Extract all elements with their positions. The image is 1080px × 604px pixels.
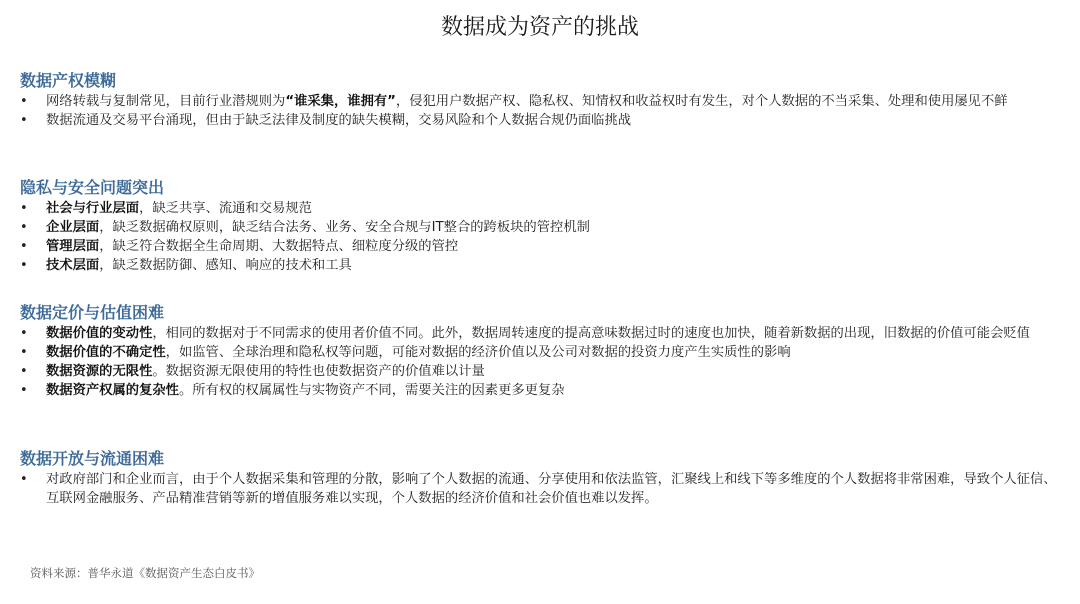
list-item: • 数据资源的无限性。数据资源无限使用的特性也使数据资产的价值难以计量 <box>20 362 1062 381</box>
bullet-list: • 网络转载与复制常见，目前行业潜规则为“谁采集，谁拥有”，侵犯用户数据产权、隐… <box>20 92 1062 130</box>
section-heading: 数据开放与流通困难 <box>20 449 1062 469</box>
section-data-ownership: 数据产权模糊 • 网络转载与复制常见，目前行业潜规则为“谁采集，谁拥有”，侵犯用… <box>20 71 1062 130</box>
bullet-icon: • <box>20 111 28 130</box>
bullet-icon: • <box>20 218 28 237</box>
page-title: 数据成为资产的挑战 <box>0 10 1080 41</box>
bullet-list: • 社会与行业层面，缺乏共享、流通和交易规范 • 企业层面，缺乏数据确权原则，缺… <box>20 199 1062 275</box>
bullet-icon: • <box>20 199 28 218</box>
list-item: • 数据价值的变动性，相同的数据对于不同需求的使用者价值不同。此外，数据周转速度… <box>20 324 1062 343</box>
source-citation: 资料来源：普华永道《数据资产生态白皮书》 <box>30 565 260 581</box>
bullet-list: • 对政府部门和企业而言，由于个人数据采集和管理的分散，影响了个人数据的流通、分… <box>20 470 1062 508</box>
bullet-icon: • <box>20 470 28 489</box>
list-item: • 数据流通及交易平台涌现，但由于缺乏法律及制度的缺失模糊，交易风险和个人数据合… <box>20 111 1062 130</box>
section-heading: 隐私与安全问题突出 <box>20 178 1062 198</box>
list-item: • 数据价值的不确定性，如监管、全球治理和隐私权等问题，可能对数据的经济价值以及… <box>20 343 1062 362</box>
bullet-icon: • <box>20 324 28 343</box>
bullet-icon: • <box>20 92 28 111</box>
section-openness-circulation: 数据开放与流通困难 • 对政府部门和企业而言，由于个人数据采集和管理的分散，影响… <box>20 449 1062 508</box>
list-item: • 对政府部门和企业而言，由于个人数据采集和管理的分散，影响了个人数据的流通、分… <box>20 470 1062 508</box>
bullet-icon: • <box>20 256 28 275</box>
list-item: • 技术层面，缺乏数据防御、感知、响应的技术和工具 <box>20 256 1062 275</box>
bullet-list: • 数据价值的变动性，相同的数据对于不同需求的使用者价值不同。此外，数据周转速度… <box>20 324 1062 400</box>
section-heading: 数据产权模糊 <box>20 71 1062 91</box>
bullet-icon: • <box>20 343 28 362</box>
bullet-icon: • <box>20 237 28 256</box>
section-pricing-valuation: 数据定价与估值困难 • 数据价值的变动性，相同的数据对于不同需求的使用者价值不同… <box>20 303 1062 400</box>
list-item: • 企业层面，缺乏数据确权原则，缺乏结合法务、业务、安全合规与IT整合的跨板块的… <box>20 218 1062 237</box>
list-item: • 数据资产权属的复杂性。所有权的权属属性与实物资产不同，需要关注的因素更多更复… <box>20 381 1062 400</box>
bullet-icon: • <box>20 381 28 400</box>
list-item: • 管理层面，缺乏符合数据全生命周期、大数据特点、细粒度分级的管控 <box>20 237 1062 256</box>
list-item: • 网络转载与复制常见，目前行业潜规则为“谁采集，谁拥有”，侵犯用户数据产权、隐… <box>20 92 1062 111</box>
section-heading: 数据定价与估值困难 <box>20 303 1062 323</box>
section-privacy-security: 隐私与安全问题突出 • 社会与行业层面，缺乏共享、流通和交易规范 • 企业层面，… <box>20 178 1062 275</box>
list-item: • 社会与行业层面，缺乏共享、流通和交易规范 <box>20 199 1062 218</box>
bullet-icon: • <box>20 362 28 381</box>
